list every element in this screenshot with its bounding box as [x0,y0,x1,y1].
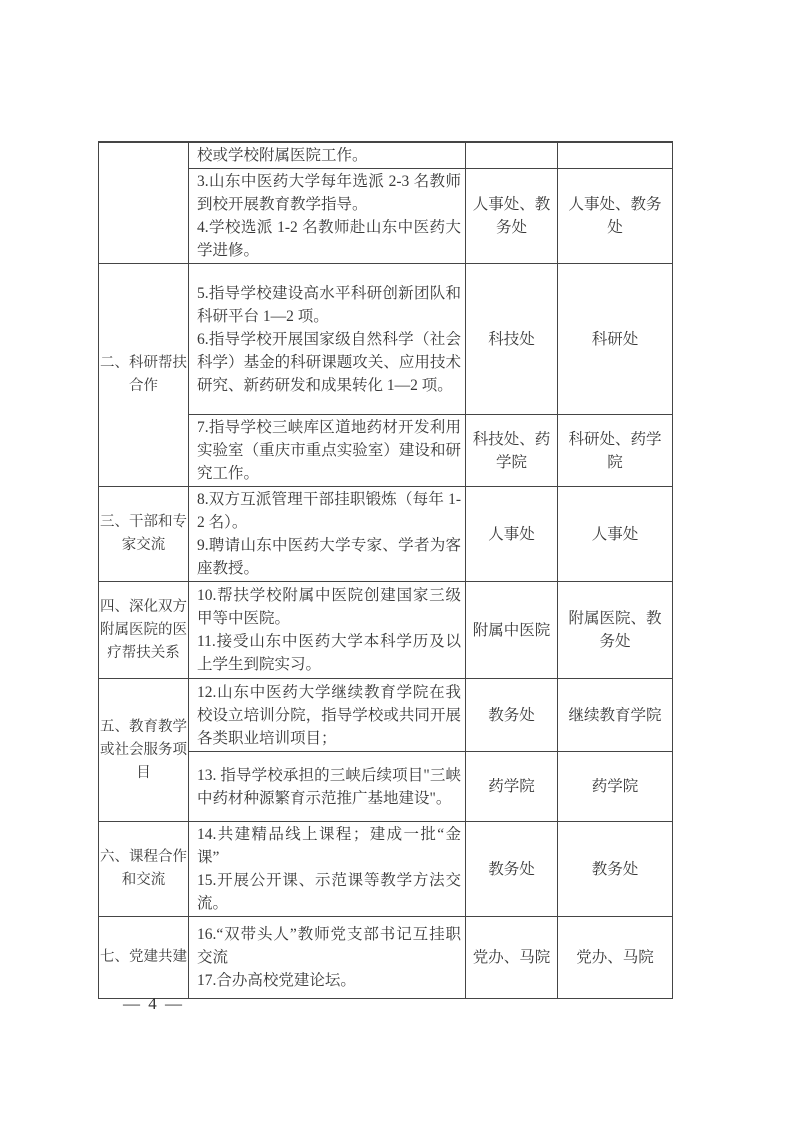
category-cell: 二、科研帮扶合作 [99,264,189,487]
task-item: 8.双方互派管理干部挂职锻炼（每年 1-2 名）。 [197,488,461,534]
dept-b-cell: 科研处、药学院 [558,415,673,487]
table-row: 四、深化双方附属医院的医疗帮扶关系 10.帮扶学校附属中医院创建国家三级甲等中医… [99,582,673,679]
dept-b-cell: 党办、马院 [558,917,673,999]
category-cell: 五、教育教学或社会服务项目 [99,679,189,822]
tasks-cell: 校或学校附属医院工作。 [189,142,466,169]
table-row: 五、教育教学或社会服务项目 12.山东中医药大学继续教育学院在我校设立培训分院，… [99,679,673,752]
task-item: 12.山东中医药大学继续教育学院在我校设立培训分院，指导学校或共同开展各类职业培… [197,681,461,750]
task-item: 15.开展公开课、示范课等教学方法交流。 [197,869,461,915]
task-item: 10.帮扶学校附属中医院创建国家三级甲等中医院。 [197,584,461,630]
task-item: 16.“双带头人”教师党支部书记互挂职交流 [197,923,461,969]
dept-a-cell: 科技处 [466,264,558,415]
dept-a-cell: 教务处 [466,822,558,917]
tasks-cell: 16.“双带头人”教师党支部书记互挂职交流 17.合办高校党建论坛。 [189,917,466,999]
tasks-cell: 10.帮扶学校附属中医院创建国家三级甲等中医院。 11.接受山东中医药大学本科学… [189,582,466,679]
tasks-cell: 14.共建精品线上课程；建成一批“金课” 15.开展公开课、示范课等教学方法交流… [189,822,466,917]
dept-b-cell: 继续教育学院 [558,679,673,752]
dept-b-cell [558,142,673,169]
dept-a-cell: 人事处、教务处 [466,169,558,264]
task-item: 7.指导学校三峡库区道地药材开发利用实验室（重庆市重点实验室）建设和研究工作。 [197,416,461,485]
tasks-cell: 13. 指导学校承担的三峡后续项目"三峡中药材种源繁育示范推广基地建设"。 [189,752,466,822]
dept-a-cell: 教务处 [466,679,558,752]
dept-a-cell [466,142,558,169]
dept-a-cell: 人事处 [466,487,558,582]
table-row: 校或学校附属医院工作。 [99,142,673,169]
dept-a-cell: 党办、马院 [466,917,558,999]
dept-a-cell: 药学院 [466,752,558,822]
cooperation-table: 校或学校附属医院工作。 3.山东中医药大学每年选派 2-3 名教师到校开展教育教… [98,141,673,999]
category-cell: 三、干部和专家交流 [99,487,189,582]
table-row: 二、科研帮扶合作 5.指导学校建设高水平科研创新团队和科研平台 1—2 项。 6… [99,264,673,415]
task-item: 17.合办高校党建论坛。 [197,969,461,992]
task-item: 6.指导学校开展国家级自然科学（社会科学）基金的科研课题攻关、应用技术研究、新药… [197,328,461,397]
document-page: { "page": { "number_label": "— 4 —" }, "… [0,0,794,1123]
tasks-cell: 8.双方互派管理干部挂职锻炼（每年 1-2 名）。 9.聘请山东中医药大学专家、… [189,487,466,582]
dept-b-cell: 人事处 [558,487,673,582]
category-cell: 六、课程合作和交流 [99,822,189,917]
task-item: 4.学校选派 1-2 名教师赴山东中医药大学进修。 [197,216,461,262]
table-row: 七、党建共建 16.“双带头人”教师党支部书记互挂职交流 17.合办高校党建论坛… [99,917,673,999]
task-item: 9.聘请山东中医药大学专家、学者为客座教授。 [197,534,461,580]
dept-a-cell: 科技处、药学院 [466,415,558,487]
dept-b-cell: 教务处 [558,822,673,917]
tasks-cell: 7.指导学校三峡库区道地药材开发利用实验室（重庆市重点实验室）建设和研究工作。 [189,415,466,487]
dept-b-cell: 附属医院、教务处 [558,582,673,679]
category-cell: 七、党建共建 [99,917,189,999]
tasks-cell: 5.指导学校建设高水平科研创新团队和科研平台 1—2 项。 6.指导学校开展国家… [189,264,466,415]
task-item: 13. 指导学校承担的三峡后续项目"三峡中药材种源繁育示范推广基地建设"。 [197,764,461,810]
category-cell [99,142,189,264]
task-item: 14.共建精品线上课程；建成一批“金课” [197,823,461,869]
dept-a-cell: 附属中医院 [466,582,558,679]
tasks-cell: 3.山东中医药大学每年选派 2-3 名教师到校开展教育教学指导。 4.学校选派 … [189,169,466,264]
task-item: 11.接受山东中医药大学本科学历及以上学生到院实习。 [197,630,461,676]
task-item: 校或学校附属医院工作。 [197,144,461,167]
task-item: 5.指导学校建设高水平科研创新团队和科研平台 1—2 项。 [197,282,461,328]
task-item: 3.山东中医药大学每年选派 2-3 名教师到校开展教育教学指导。 [197,170,461,216]
page-number: — 4 — [123,994,184,1014]
table-row: 三、干部和专家交流 8.双方互派管理干部挂职锻炼（每年 1-2 名）。 9.聘请… [99,487,673,582]
dept-b-cell: 科研处 [558,264,673,415]
dept-b-cell: 人事处、教务处 [558,169,673,264]
dept-b-cell: 药学院 [558,752,673,822]
category-cell: 四、深化双方附属医院的医疗帮扶关系 [99,582,189,679]
tasks-cell: 12.山东中医药大学继续教育学院在我校设立培训分院，指导学校或共同开展各类职业培… [189,679,466,752]
table-row: 六、课程合作和交流 14.共建精品线上课程；建成一批“金课” 15.开展公开课、… [99,822,673,917]
